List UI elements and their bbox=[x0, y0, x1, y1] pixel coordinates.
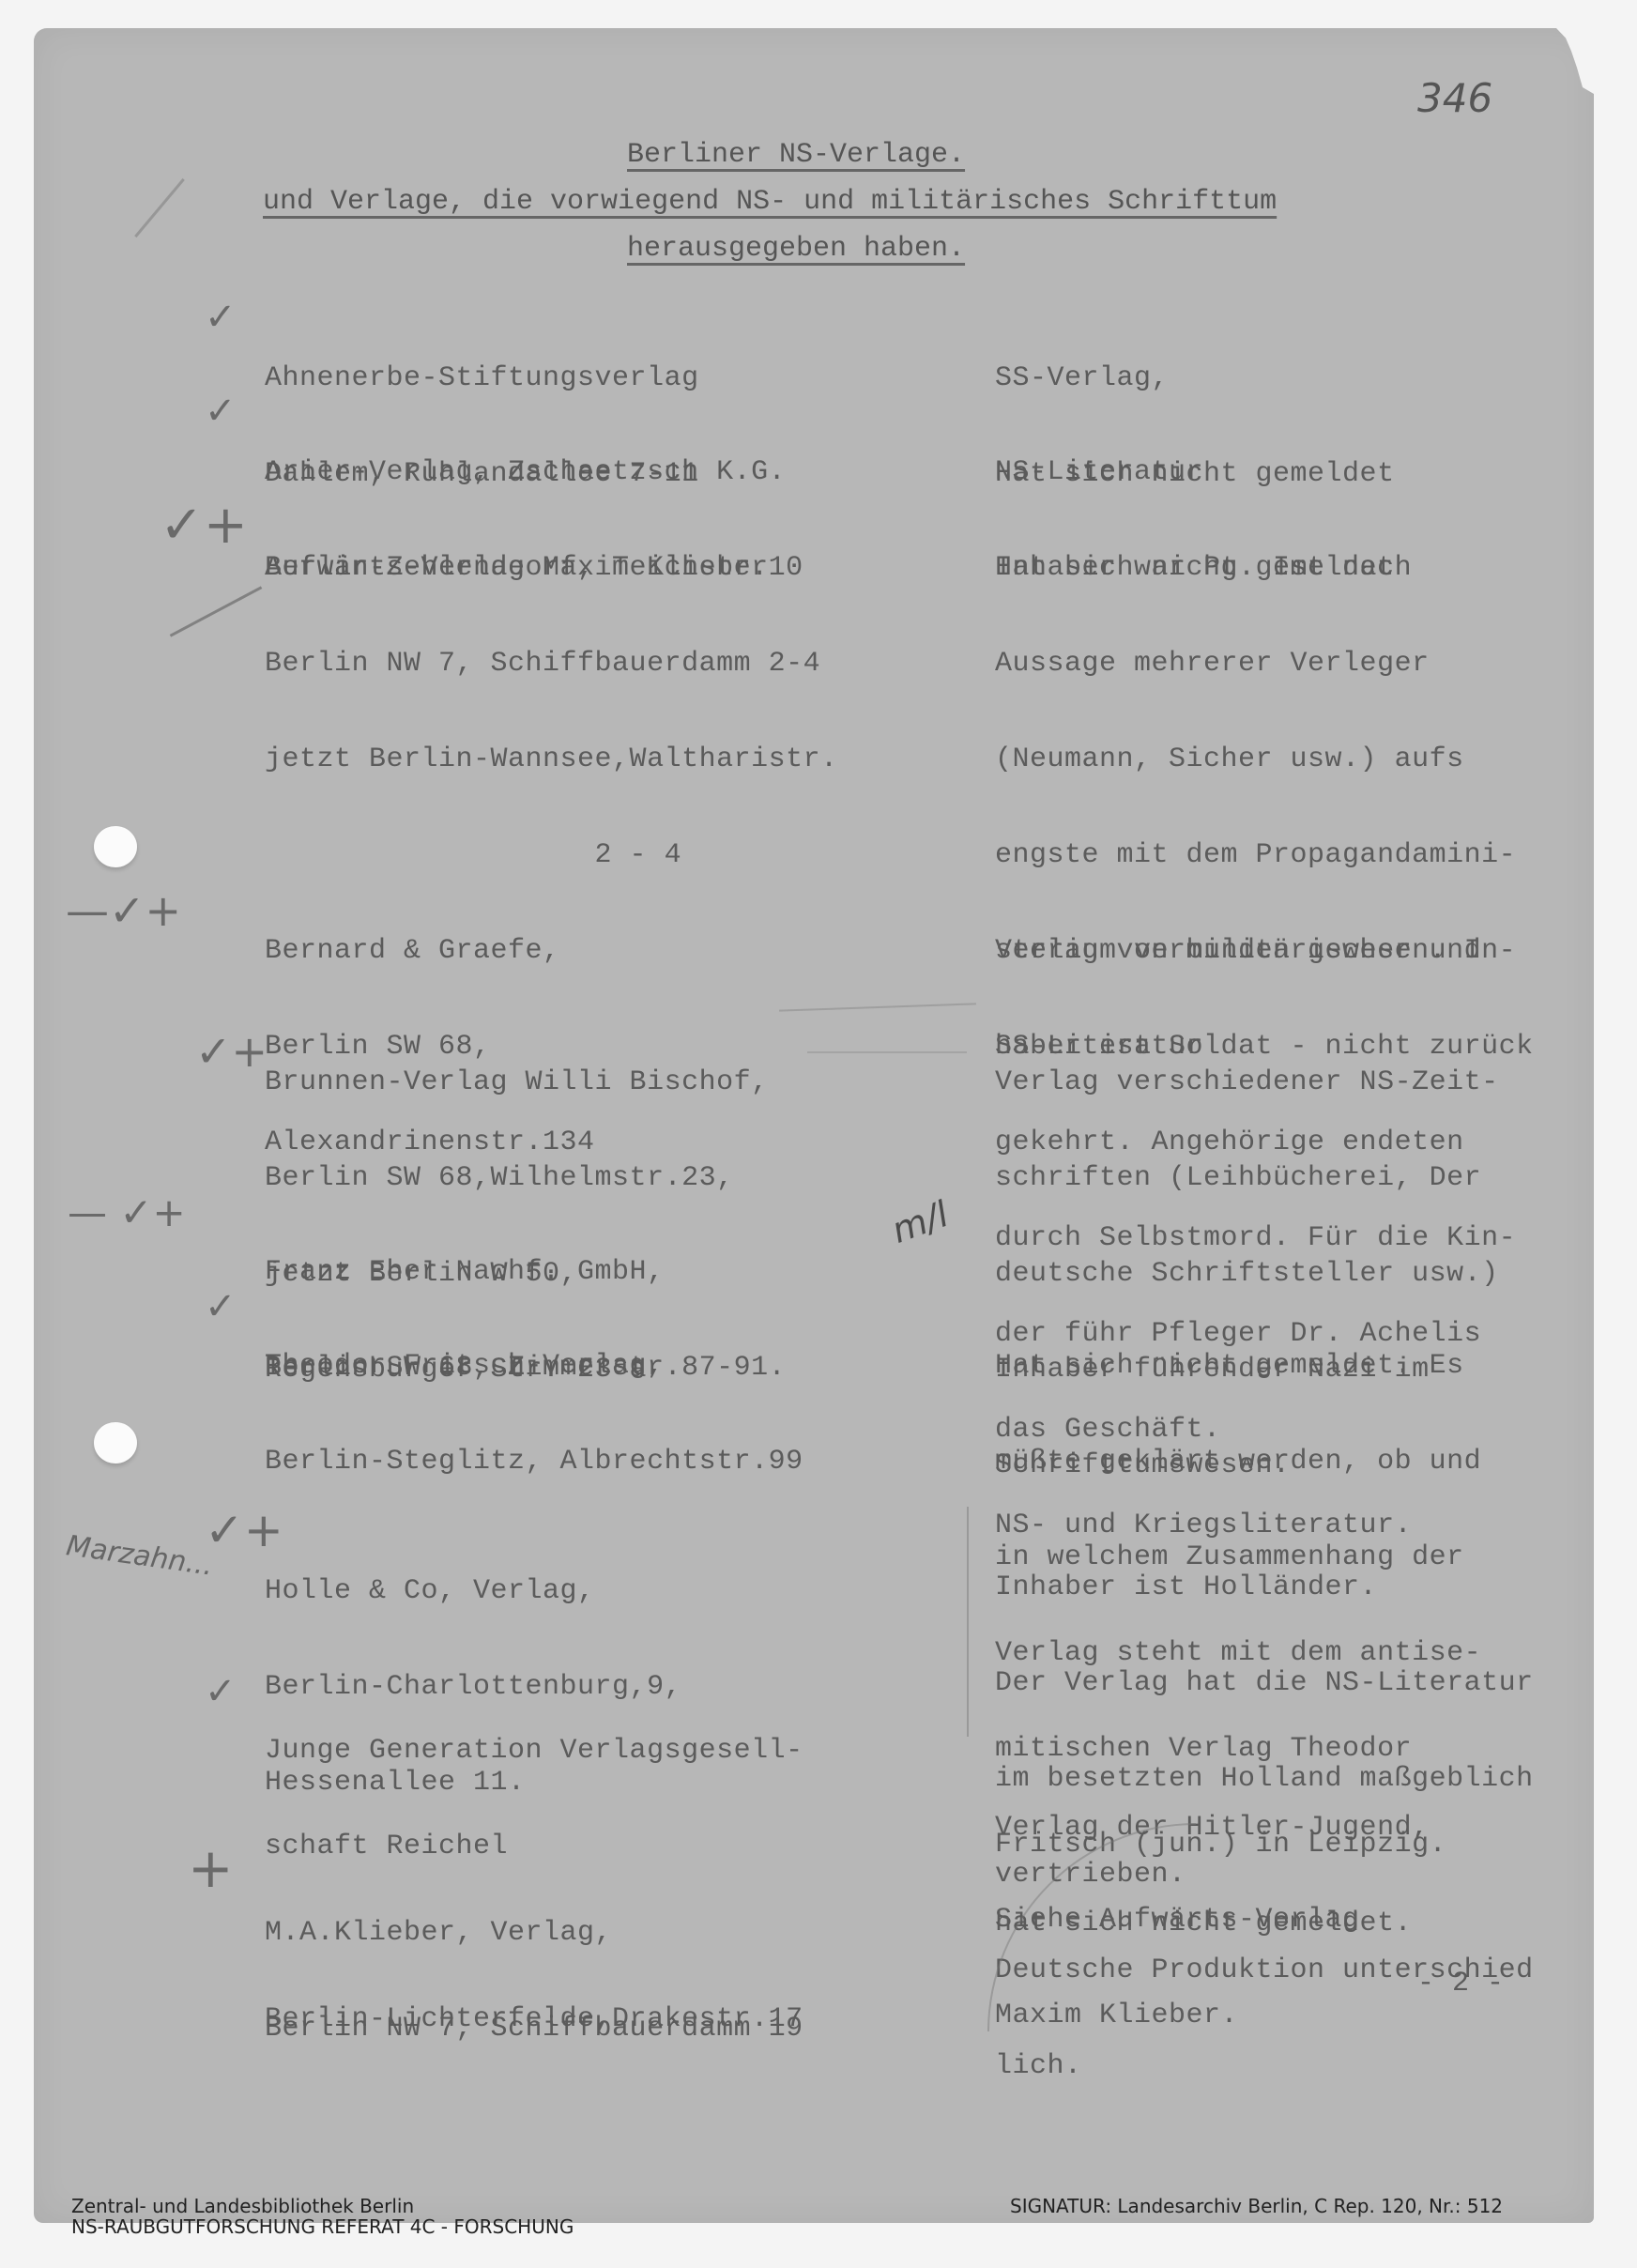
title-line-1: Berliner NS-Verlage. bbox=[627, 139, 965, 171]
remark-line: SS-Verlag, bbox=[995, 362, 1395, 394]
remark-line: Hat sich nicht gemeldet. Es bbox=[995, 1350, 1481, 1382]
publisher-name: M.A.Klieber, Verlag, bbox=[265, 1917, 803, 1949]
dash-check-cross-mark-icon: —✓+ bbox=[66, 892, 181, 929]
publisher-name: Theodor Fritsch-Verlag, bbox=[265, 1350, 803, 1382]
publisher-name: Arier-Verlag, Zschaetzsch K.G. bbox=[265, 456, 803, 488]
remark-line: Verlag der Hitler-Jugend, bbox=[995, 1812, 1430, 1844]
publisher-address: Berlin SW 68,Wilhelmstr.23, bbox=[265, 1162, 769, 1194]
title-line-2: und Verlage, die vorwiegend NS- und mili… bbox=[263, 186, 1277, 218]
remark-line: Inhaber ist Holländer. bbox=[995, 1571, 1534, 1603]
publisher-entry: M.A.Klieber, Verlag, Berlin NW 7, Schiff… bbox=[265, 1853, 803, 2076]
cross-mark-icon: + bbox=[188, 1849, 234, 1887]
publisher-name: Ahnenerbe-Stiftungsverlag bbox=[265, 362, 699, 394]
check-mark-icon: ✓ bbox=[205, 1288, 237, 1326]
check-cross-mark-icon: ✓+ bbox=[160, 507, 248, 544]
remark-line: Inhaber war Pg. Ist nach bbox=[995, 552, 1534, 584]
publisher-name: Aufwärts-Verlag Maxim Klieber bbox=[265, 552, 838, 584]
punch-hole-bottom bbox=[94, 1422, 137, 1463]
footer-department: NS-RAUBGUTFORSCHUNG REFERAT 4C - FORSCHU… bbox=[71, 2215, 574, 2238]
publisher-entry: Theodor Fritsch-Verlag, Berlin-Steglitz,… bbox=[265, 1286, 803, 1509]
publisher-address: 2 - 4 bbox=[265, 839, 838, 871]
remark-line: (Neumann, Sicher usw.) aufs bbox=[995, 743, 1534, 775]
remark-line: Verlag verschiedener NS-Zeit- bbox=[995, 1066, 1499, 1098]
publisher-address: jetzt Berlin-Wannsee,Waltharistr. bbox=[265, 743, 838, 775]
handwritten-page-number: 346 bbox=[1417, 75, 1492, 121]
check-mark-icon: ✓ bbox=[205, 392, 237, 430]
publisher-address: Berlin-Steglitz, Albrechtstr.99 bbox=[265, 1446, 803, 1478]
footer-library-name: Zentral- und Landesbibliothek Berlin bbox=[71, 2195, 414, 2217]
remark-line: deutsche Schriftsteller usw.) bbox=[995, 1258, 1499, 1290]
pencil-bracket bbox=[967, 1507, 969, 1737]
publisher-name: Junge Generation Verlagsgesell- bbox=[265, 1735, 803, 1767]
remark-line: schriften (Leihbücherei, Der bbox=[995, 1162, 1499, 1194]
remark-line: engste mit dem Propagandamini- bbox=[995, 839, 1534, 871]
check-cross-mark-icon: ✓+ bbox=[195, 1033, 268, 1070]
title-line-3: herausgegeben haben. bbox=[627, 233, 965, 265]
publisher-name: Franz Eher Nachf. GmbH, bbox=[265, 1256, 786, 1288]
handwritten-annotation-stroke bbox=[807, 1051, 967, 1053]
page-number: - 2 - bbox=[1417, 1968, 1505, 2000]
remark-line: Verlag von militärischer und bbox=[995, 935, 1481, 967]
remark-line: müßte geklärt werden, ob und bbox=[995, 1446, 1481, 1478]
publisher-name: Holle & Co, Verlag, bbox=[265, 1575, 681, 1607]
remark-line: NS-Literatur bbox=[995, 456, 1395, 488]
publisher-entry: Aufwärts-Verlag Maxim Klieber Berlin NW … bbox=[265, 488, 838, 903]
remark-line: Aussage mehrerer Verleger bbox=[995, 648, 1534, 680]
publisher-address: Berlin NW 7, Schiffbauerdamm 2-4 bbox=[265, 648, 838, 680]
publisher-name: Brunnen-Verlag Willi Bischof, bbox=[265, 1066, 769, 1098]
publisher-name: Bernard & Graefe, bbox=[265, 935, 595, 967]
check-mark-icon: ✓ bbox=[205, 299, 237, 336]
footer-signature: SIGNATUR: Landesarchiv Berlin, C Rep. 12… bbox=[1010, 2195, 1503, 2217]
check-mark-icon: ✓ bbox=[205, 1673, 237, 1710]
punch-hole-top bbox=[94, 826, 137, 867]
publisher-address: Berlin NW 7, Schiffbauerdamm 19 bbox=[265, 2013, 803, 2045]
remark-line: Der Verlag hat die NS-Literatur bbox=[995, 1667, 1534, 1699]
torn-corner bbox=[1556, 28, 1594, 94]
dash-check-cross-mark-icon: — ✓+ bbox=[68, 1194, 186, 1232]
